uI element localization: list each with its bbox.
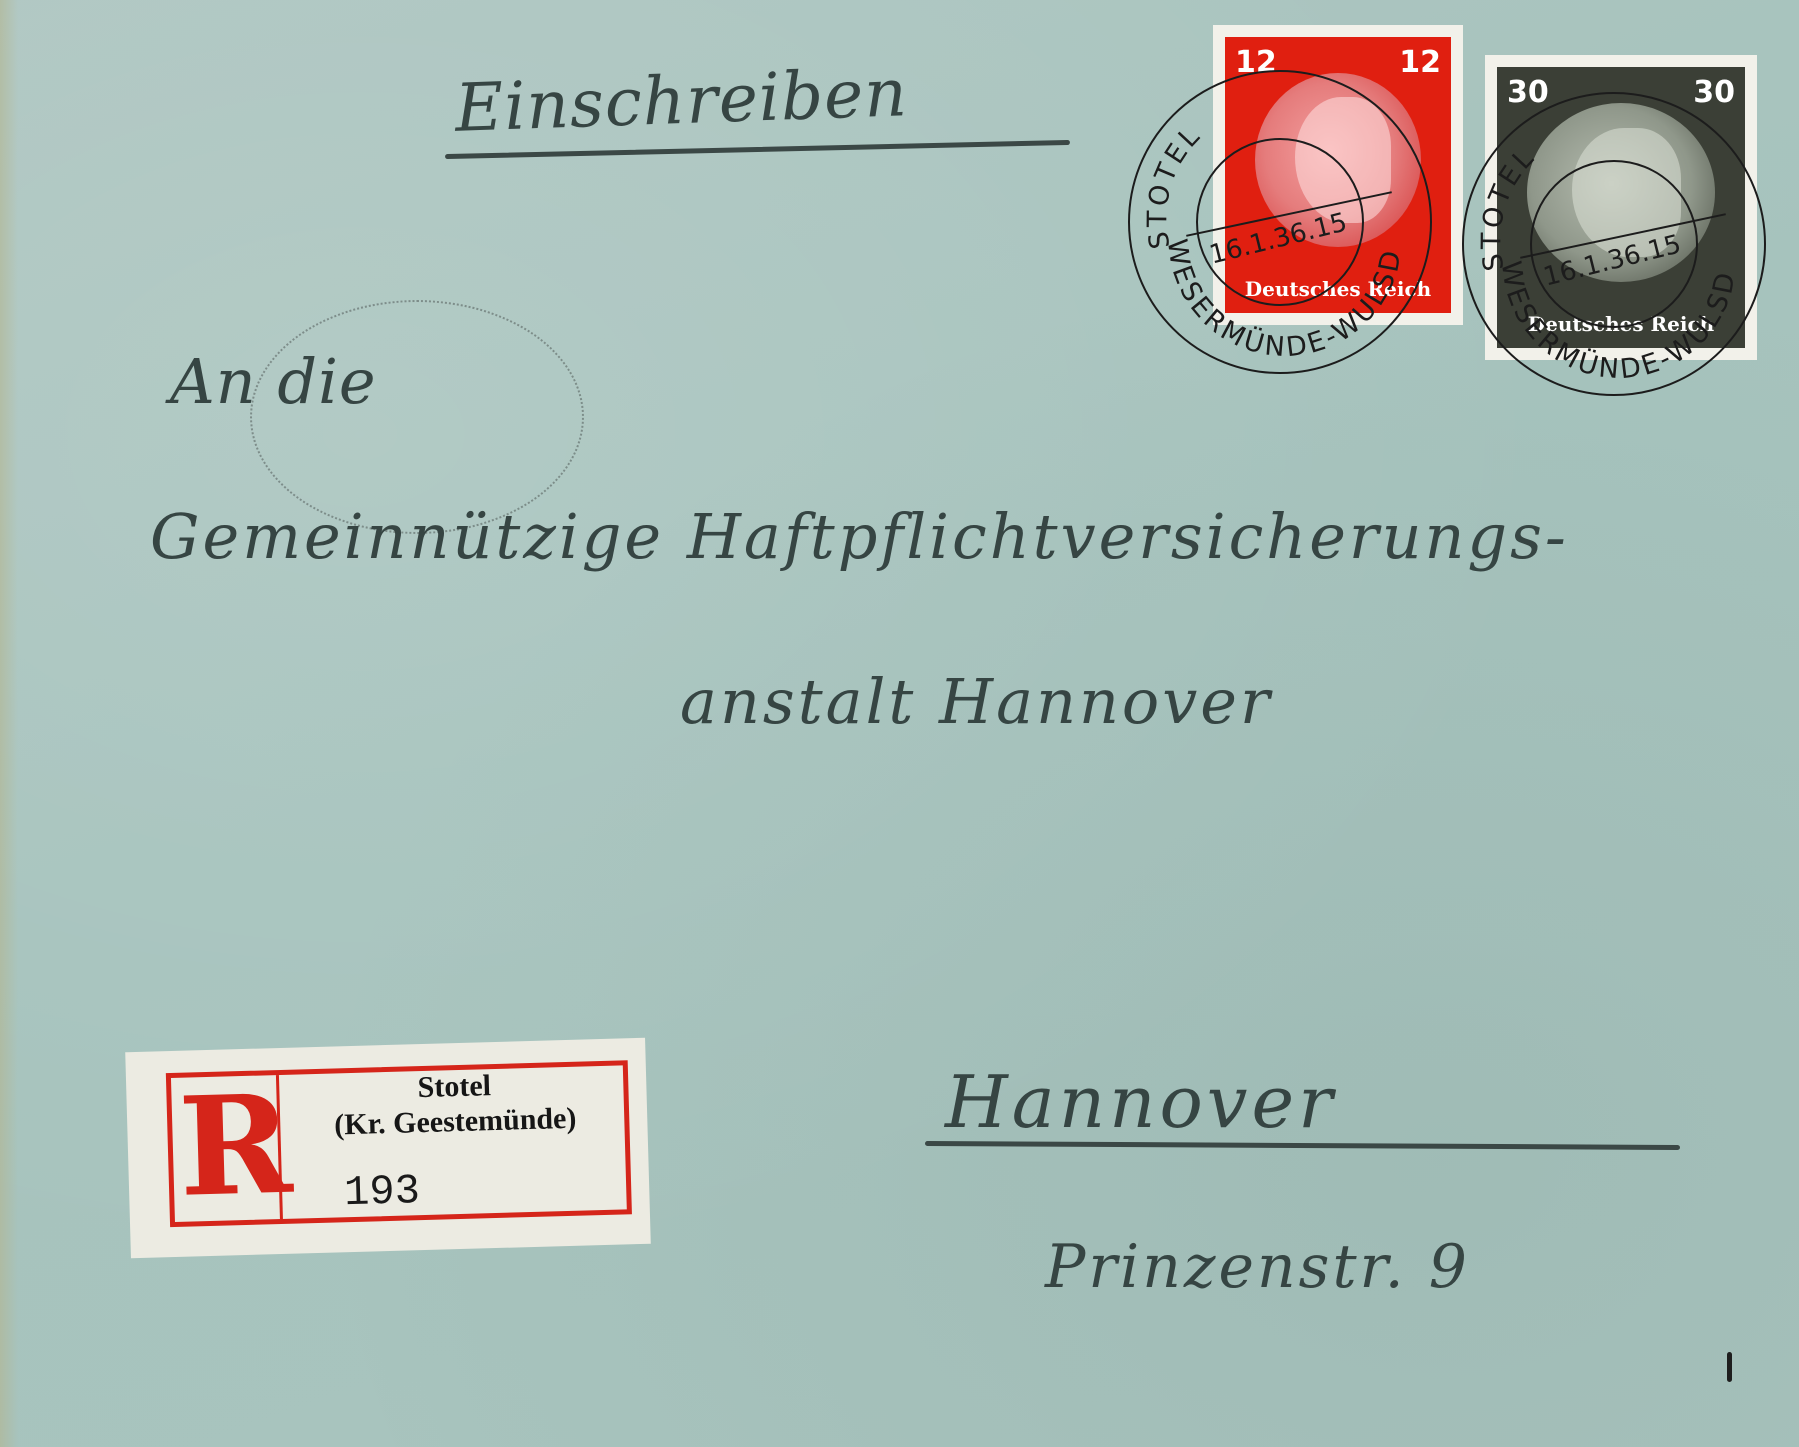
postmark-2: STOTEL WESERMÜNDE-WULSDORF 16.1.36.15 [1462,92,1766,396]
service-mark-einschreiben: Einschreiben [454,54,909,147]
postmark-1: STOTEL WESERMÜNDE-WULSDORF 16.1.36.15 [1128,70,1432,374]
svg-text:STOTEL: STOTEL [1142,119,1207,251]
registration-label: R Stotel (Kr. Geestemünde) 193 [125,1038,651,1258]
registration-letter: R [177,1077,294,1216]
svg-text:STOTEL: STOTEL [1476,141,1541,273]
postmark-town: STOTEL [1142,119,1207,251]
ink-mark [1727,1352,1732,1382]
salutation: An die [170,345,377,418]
registration-r-box: R [171,1075,283,1222]
envelope: Einschreiben An die Gemeinnützige Haftpf… [0,0,1799,1447]
destination-city: Hannover [945,1060,1337,1144]
registration-number: 193 [344,1167,421,1217]
addressee-line-2: anstalt Hannover [680,665,1273,738]
registration-place: Stotel (Kr. Geestemünde) [291,1066,619,1144]
city-underline [925,1141,1680,1150]
registration-frame: R Stotel (Kr. Geestemünde) 193 [166,1060,632,1227]
addressee-line-1: Gemeinnützige Haftpflichtversicherungs- [150,500,1569,573]
street-address: Prinzenstr. 9 [1045,1232,1470,1302]
postmark-town: STOTEL [1476,141,1541,273]
